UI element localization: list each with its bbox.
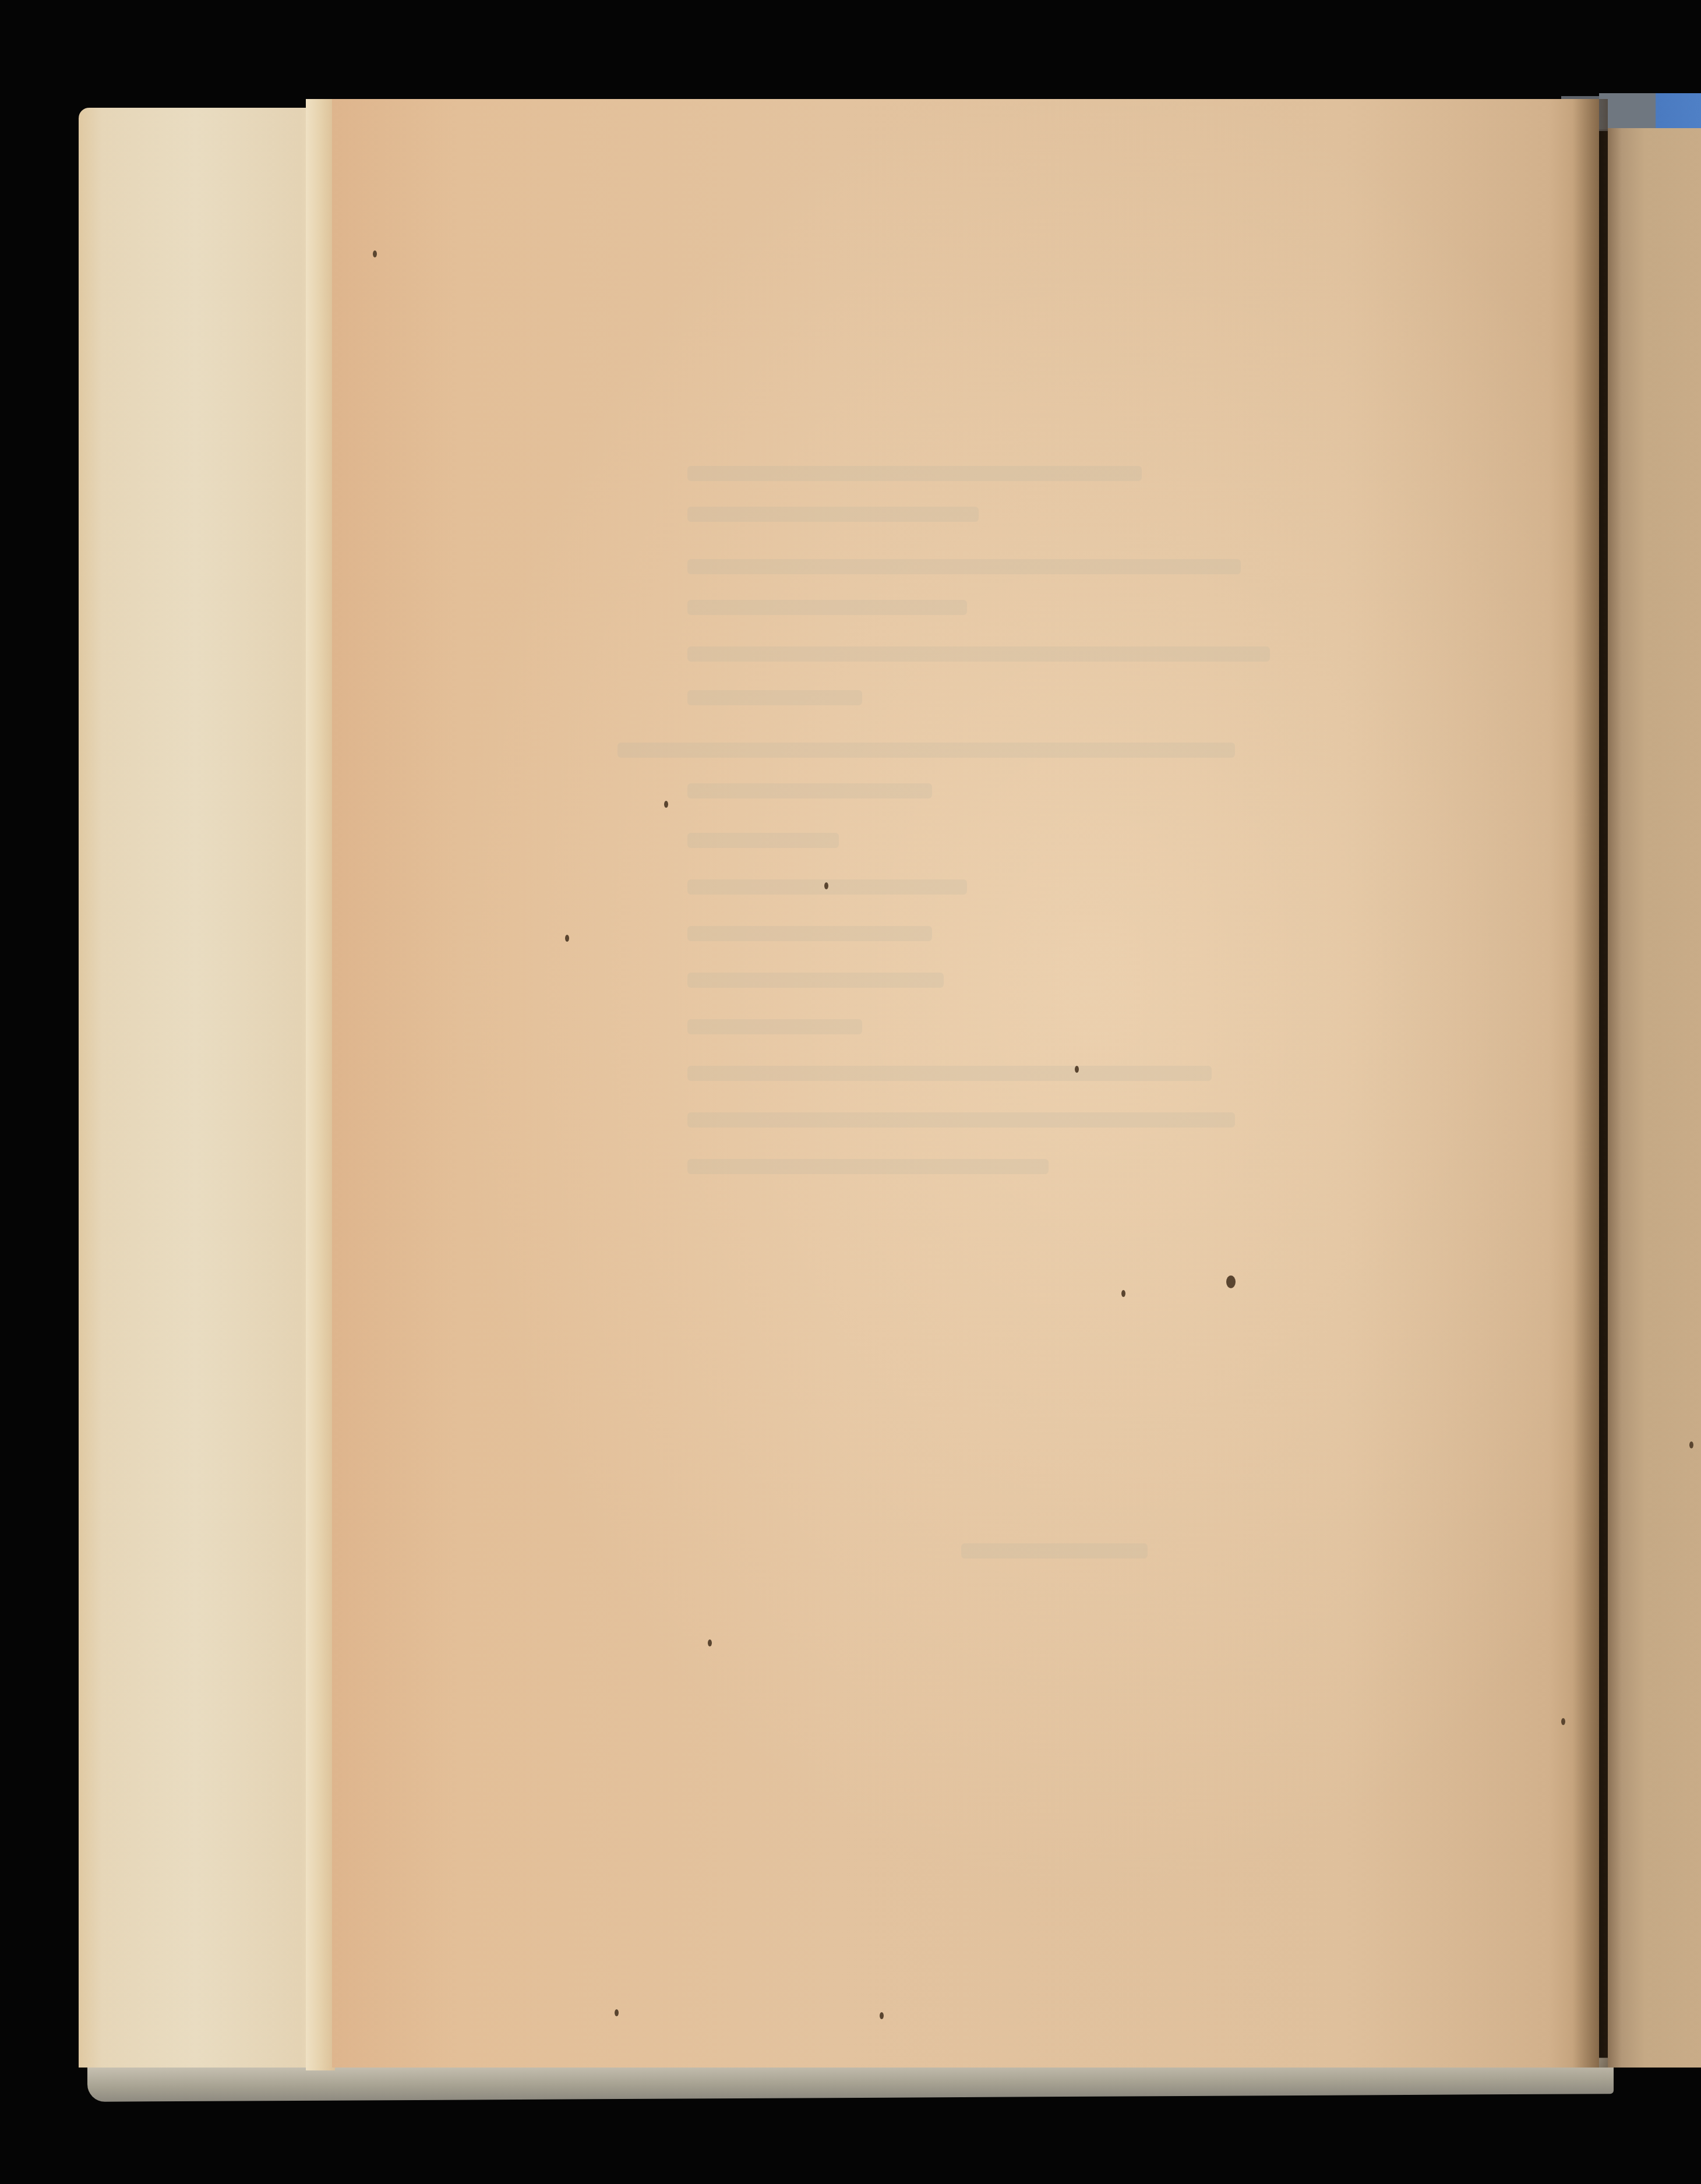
flyleaf-page [79, 108, 317, 2068]
spine-strip [306, 99, 335, 2070]
ghost-text-line [687, 646, 1270, 662]
ghost-text-line [687, 1159, 1049, 1174]
gutter-shadow [1573, 99, 1608, 2068]
paper-speck [708, 1639, 712, 1646]
paper-speck [1121, 1290, 1125, 1297]
ghost-text-line [687, 466, 1142, 481]
paper-speck [664, 801, 668, 808]
paper-speck [824, 882, 828, 889]
ghost-text-line [687, 833, 839, 848]
ghost-text-line [687, 1066, 1212, 1081]
ghost-text-line [617, 743, 1235, 758]
ghost-text-line [687, 973, 944, 988]
paper-speck [1689, 1441, 1693, 1448]
paper-speck [373, 250, 377, 257]
paper-speck [1075, 1066, 1079, 1073]
ghost-text-line [687, 1019, 862, 1034]
paper-speck [1226, 1275, 1236, 1288]
ghost-text-line [687, 600, 967, 615]
paper-speck [615, 2009, 619, 2016]
ghost-text-line [687, 507, 979, 522]
ghost-text-line [687, 690, 862, 705]
ghost-text-line [961, 1543, 1148, 1559]
paper-speck [1561, 1718, 1565, 1725]
ghost-text-line [687, 1112, 1235, 1128]
ghost-text-line [687, 559, 1241, 574]
paper-speck [880, 2012, 884, 2019]
book-cover-blue-corner [1599, 93, 1701, 129]
main-page [332, 99, 1599, 2068]
paper-speck [565, 935, 569, 942]
facing-page-edge [1608, 128, 1701, 2068]
ghost-text-line [687, 926, 932, 941]
ghost-text-line [687, 783, 932, 798]
